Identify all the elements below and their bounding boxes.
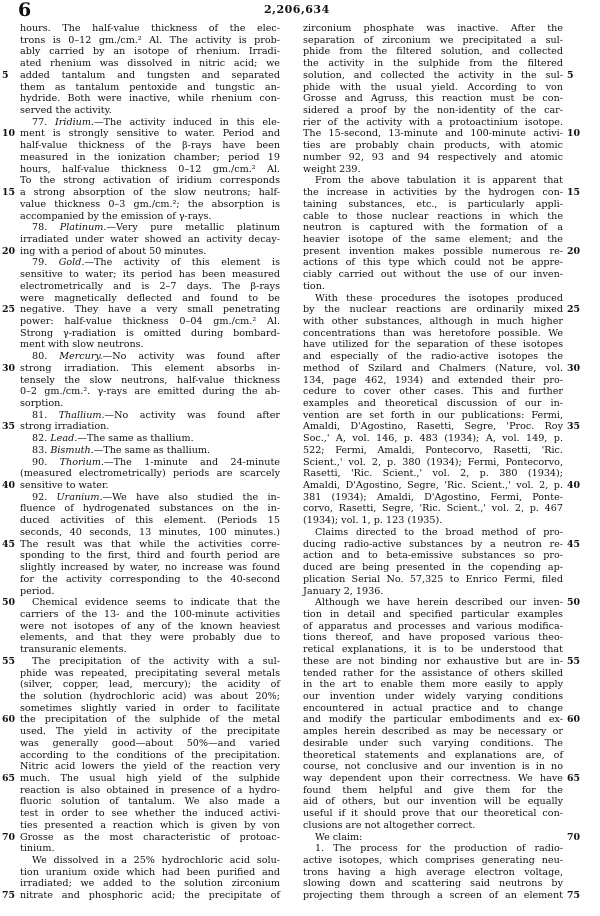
text-line: the solution (hydrochloric acid) was abo… (20, 691, 280, 703)
patent-page: 6 2,206,634 5101520253035404550556065707… (0, 0, 600, 916)
text-line: Claims directed to the broad method of p… (303, 527, 563, 539)
text-line: were not isotopes of any of the known he… (20, 621, 280, 633)
text-line: these are not binding nor exhaustive but… (303, 656, 563, 668)
text-line: Amaldi, D'Agostino, Rasetti, Segre, 'Pro… (303, 421, 563, 433)
element-name: Gold. (59, 257, 85, 268)
text-line: were magnetically deflected and found to… (20, 293, 280, 305)
text-line: With these procedures the isotopes produ… (303, 293, 563, 305)
text-line: tended rather for the assistance of othe… (303, 668, 563, 680)
text-line: duced are being presented in the copendi… (303, 562, 563, 574)
text-line: ment is strongly sensitive to water. Per… (20, 128, 280, 140)
text-line: ties are probably chain products, with a… (303, 140, 563, 152)
margin-line-number: 40 (567, 480, 580, 491)
text-line: From the above tabulation it is apparent… (303, 175, 563, 187)
text-line: ties presented a reaction which is given… (20, 820, 280, 832)
text-line: heavier isotope of the same element; and… (303, 234, 563, 246)
text-line: clusions are not altogether correct. (303, 820, 563, 832)
text-line: (1934); vol. 1, p. 123 (1935). (303, 515, 563, 527)
margin-line-number: 30 (2, 363, 15, 374)
text-line: aid of others, but our invention will be… (303, 796, 563, 808)
margin-line-number: 60 (567, 714, 580, 725)
text-line: cable to those nuclear reactions in whic… (303, 211, 563, 223)
margin-line-number: 20 (567, 246, 580, 257)
text-line: amples herein described as may be necess… (303, 726, 563, 738)
text-line: 134, page 462, 1934) and extended their … (303, 375, 563, 387)
text-line: served the activity. (20, 105, 280, 117)
text-line: Scient.,' vol. 2, p. 380 (1934); Fermi, … (303, 457, 563, 469)
margin-line-number: 45 (2, 539, 15, 550)
margin-line-number: 65 (2, 773, 15, 784)
text-line: carriers of the 13- and the 100-minute a… (20, 609, 280, 621)
text-line: strong irradiation. This element absorbs… (20, 363, 280, 375)
text-line: 522; Fermi, Amaldi, Pontecorvo, Rasetti,… (303, 445, 563, 457)
text-line: 1. The process for the production of rad… (303, 843, 563, 855)
element-name: Thallium. (59, 410, 105, 421)
element-name: Thorium. (60, 457, 104, 468)
text-line: desirable under such varying conditions.… (303, 738, 563, 750)
text-line: active isotopes, which comprises generat… (303, 855, 563, 867)
text-line: phide was repeated, precipitating severa… (20, 668, 280, 680)
text-line: retical explanations, it is to be unders… (303, 644, 563, 656)
text-line: The 15-second, 13-minute and 100-minute … (303, 128, 563, 140)
margin-line-number: 15 (567, 187, 580, 198)
text-line: irradiated; we added to the solution zir… (20, 878, 280, 890)
text-line: half-value thickness of the β-rays have … (20, 140, 280, 152)
text-line: our invention under widely varying condi… (303, 691, 563, 703)
text-line: 381 (1934); Amaldi, D'Agostino, Fermi, P… (303, 492, 563, 504)
text-line: encountered in actual practice and to ch… (303, 703, 563, 715)
text-line: ing with a period of about 50 minutes. (20, 246, 280, 258)
text-line: sponding to the first, third and fourth … (20, 550, 280, 562)
element-name: Platinum. (60, 222, 107, 233)
text-line: ciably carried out without the use of ou… (303, 269, 563, 281)
text-line: 0–2 gm./cm.². γ-rays are emitted during … (20, 386, 280, 398)
text-line: Grosse and Agruss, this reaction must be… (303, 93, 563, 105)
text-line: negative. They have a very small penetra… (20, 304, 280, 316)
text-line: rier of the activity with a protoactiniu… (303, 117, 563, 129)
text-line: measured in the ionization chamber; peri… (20, 152, 280, 164)
element-name: Iridium. (55, 117, 94, 128)
text-line: trons having a high average electron vol… (303, 867, 563, 879)
text-line: sorption. (20, 398, 280, 410)
text-line: ated rhenium was dissolved in nitric aci… (20, 58, 280, 70)
margin-line-number: 35 (2, 421, 15, 432)
text-line: fluence of hydrogenated substances on th… (20, 503, 280, 515)
text-line: vention are set forth in our publication… (303, 410, 563, 422)
page-number: 6 (18, 0, 31, 20)
text-line: for the activity corresponding to the 40… (20, 574, 280, 586)
text-line: separation of zirconium we precipitated … (303, 35, 563, 47)
text-line: corvo, Rasetti, Segre, 'Ric. Scient.,' v… (303, 503, 563, 515)
text-line: taining substances, etc., is particularl… (303, 199, 563, 211)
text-line: and modify the particular embodiments an… (303, 714, 563, 726)
margin-line-number: 25 (2, 304, 15, 315)
text-line: electrometrically and is 2–7 days. The β… (20, 281, 280, 293)
text-line: much. The usual high yield of the sulphi… (20, 773, 280, 785)
text-line: was generally good—about 50%—and varied (20, 738, 280, 750)
text-line: added tantalum and tungsten and separate… (20, 70, 280, 82)
text-line: ment with slow neutrons. (20, 339, 280, 351)
text-line: We claim: (303, 832, 563, 844)
text-line: 90. Thorium.—The 1-minute and 24-minute (20, 457, 280, 469)
margin-line-number: 20 (2, 246, 15, 257)
text-line: examples and theoretical discussion of o… (303, 398, 563, 410)
text-line: by the nuclear reactions are ordinarily … (303, 304, 563, 316)
margin-line-number: 65 (567, 773, 580, 784)
text-line: the activity in the sulphide from the fi… (303, 58, 563, 70)
text-line: 79. Gold.—The activity of this element i… (20, 257, 280, 269)
margin-line-number: 70 (2, 832, 15, 843)
element-name: Bismuth. (50, 445, 93, 456)
margin-line-number: 35 (567, 421, 580, 432)
text-line: used. The yield in activity of the preci… (20, 726, 280, 738)
text-line: test in order to see whether the induced… (20, 808, 280, 820)
text-line: them as tantalum pentoxide and tungstic … (20, 82, 280, 94)
text-line: the increase in activities by the hydrog… (303, 187, 563, 199)
text-line: neutron is captured with the formation o… (303, 222, 563, 234)
text-line: Soc.,' A, vol. 146, p. 483 (1934); A, vo… (303, 433, 563, 445)
text-line: The result was that while the activities… (20, 539, 280, 551)
text-line: power: half-value thickness 0–04 gm./cm.… (20, 316, 280, 328)
text-line: irradiated under water showed an activit… (20, 234, 280, 246)
margin-line-number: 75 (567, 890, 580, 901)
text-line: according to the conditions of the preci… (20, 750, 280, 762)
text-line: have utilized for the separation of thes… (303, 339, 563, 351)
text-line: 82. Lead.—The same as thallium. (20, 433, 280, 445)
text-line: theoretical statements and explanations … (303, 750, 563, 762)
text-line: a strong absorption of the slow neutrons… (20, 187, 280, 199)
element-name: Mercury. (59, 351, 102, 362)
text-line: hours, half-value thickness 0–12 gm./cm.… (20, 164, 280, 176)
text-line: hours. The half-value thickness of the e… (20, 23, 280, 35)
text-line: the precipitation of the sulphide of the… (20, 714, 280, 726)
text-line: value thickness 0–3 gm./cm.²; the absorp… (20, 199, 280, 211)
text-line: 78. Platinum.—Very pure metallic platinu… (20, 222, 280, 234)
text-line: action and to beta-emissive substances s… (303, 550, 563, 562)
text-line: and especially of the radio-active isoto… (303, 351, 563, 363)
text-line: 81. Thallium.—No activity was found afte… (20, 410, 280, 422)
text-line: tion uranium oxide which had been purifi… (20, 867, 280, 879)
text-line: solution, and collected the activity in … (303, 70, 563, 82)
text-line: (measured electrometrically) periods are… (20, 468, 280, 480)
margin-line-number: 45 (567, 539, 580, 550)
element-name: Uranium. (57, 492, 103, 503)
text-line: tinium. (20, 843, 280, 855)
text-line: 92. Uranium.—We have also studied the in… (20, 492, 280, 504)
text-line: seconds, 40 seconds, 13 minutes, 100 min… (20, 527, 280, 539)
text-line: Grosse as the most characteristic of pro… (20, 832, 280, 844)
text-line: period. (20, 586, 280, 598)
text-line: tensely the slow neutrons, half-value th… (20, 375, 280, 387)
text-line: trons is 0–12 gm./cm.² Al. The activity … (20, 35, 280, 47)
text-line: fluoric solution of tantalum. We also ma… (20, 796, 280, 808)
text-line: January 2, 1936. (303, 586, 563, 598)
margin-line-number: 50 (2, 597, 15, 608)
margin-line-number: 25 (567, 304, 580, 315)
text-line: sidered a proof by the non-identity of t… (303, 105, 563, 117)
text-line: 83. Bismuth.—The same as thallium. (20, 445, 280, 457)
text-line: Amaldi, D'Agostino, Segre, 'Ric. Scient.… (303, 480, 563, 492)
text-line: slowing down and scattering said neutron… (303, 878, 563, 890)
element-name: Lead. (50, 433, 77, 444)
margin-line-number: 55 (2, 656, 15, 667)
text-line: plication Serial No. 57,325 to Enrico Fe… (303, 574, 563, 586)
text-line: sometimes slightly varied in order to fa… (20, 703, 280, 715)
text-line: weight 239. (303, 164, 563, 176)
text-line: tion. (303, 281, 563, 293)
text-line: method of Szilard and Chalmers (Nature, … (303, 363, 563, 375)
text-line: in the art to enable them more easily to… (303, 679, 563, 691)
text-line: slightly increased by water, no increase… (20, 562, 280, 574)
text-line: hydride. Both were inactive, while rheni… (20, 93, 280, 105)
text-line: found them helpful and give them for the (303, 785, 563, 797)
text-line: To the strong activation of iridium corr… (20, 175, 280, 187)
text-line: useful if it should prove that our theor… (303, 808, 563, 820)
text-line: sensitive to water; its period has been … (20, 269, 280, 281)
text-line: tion in detail and specified particular … (303, 609, 563, 621)
text-line: of apparatus and processes and various m… (303, 621, 563, 633)
text-line: 77. Iridium.—The activity induced in thi… (20, 117, 280, 129)
text-line: accompanied by the emission of γ-rays. (20, 211, 280, 223)
margin-line-number: 55 (567, 656, 580, 667)
text-line: course, not conclusive and our invention… (303, 761, 563, 773)
margin-line-number: 30 (567, 363, 580, 374)
text-line: ducing radio-active substances by a neut… (303, 539, 563, 551)
margin-line-number: 50 (567, 597, 580, 608)
text-line: concentrations than was heretofore possi… (303, 328, 563, 340)
margin-line-number: 5 (2, 70, 9, 81)
text-line: cedure to cover other cases. This and fu… (303, 386, 563, 398)
margin-line-number: 10 (567, 128, 580, 139)
text-line: actions of this type which could not be … (303, 257, 563, 269)
margin-line-number: 10 (2, 128, 15, 139)
text-line: number 92, 93 and 94 respectively and at… (303, 152, 563, 164)
text-line: Nitric acid lowers the yield of the reac… (20, 761, 280, 773)
right-column-text: zirconium phosphate was inactive. After … (303, 23, 563, 902)
text-line: way dependent upon their correctness. We… (303, 773, 563, 785)
text-line: Strong γ-radiation is omitted during bom… (20, 328, 280, 340)
text-line: with other substances, although in much … (303, 316, 563, 328)
text-line: tions thereof, and have proposed various… (303, 632, 563, 644)
margin-line-number: 15 (2, 187, 15, 198)
text-line: sensitive to water. (20, 480, 280, 492)
margin-line-number: 70 (567, 832, 580, 843)
text-line: phide from the filtered solution, and co… (303, 46, 563, 58)
margin-line-number: 60 (2, 714, 15, 725)
text-line: elements, and that they were probably du… (20, 632, 280, 644)
text-line: transuranic elements. (20, 644, 280, 656)
text-line: The precipitation of the activity with a… (20, 656, 280, 668)
text-line: strong irradiation. (20, 421, 280, 433)
text-line: reaction is also obtained in presence of… (20, 785, 280, 797)
text-line: phide with the usual yield. According to… (303, 82, 563, 94)
text-line: 80. Mercury.—No activity was found after (20, 351, 280, 363)
text-line: Although we have herein described our in… (303, 597, 563, 609)
margin-line-number: 40 (2, 480, 15, 491)
text-line: projecting them through a screen of an e… (303, 890, 563, 902)
text-line: present invention makes possible numerou… (303, 246, 563, 258)
left-column-text: hours. The half-value thickness of the e… (20, 23, 280, 902)
text-line: We dissolved in a 25% hydrochloric acid … (20, 855, 280, 867)
text-line: Rasetti, 'Ric. Scient.,' vol. 2, p. 380 … (303, 468, 563, 480)
text-line: duced activities of this element. (Perio… (20, 515, 280, 527)
page-header: 6 2,206,634 (0, 0, 600, 22)
text-line: (silver, copper, lead, mercury); the aci… (20, 679, 280, 691)
patent-number: 2,206,634 (264, 3, 330, 16)
text-line: ably carried by an isotope of rhenium. I… (20, 46, 280, 58)
text-line: Chemical evidence seems to indicate that… (20, 597, 280, 609)
margin-line-number: 5 (567, 70, 574, 81)
margin-line-number: 75 (2, 890, 15, 901)
text-line: nitrate and phosphoric acid; the precipi… (20, 890, 280, 902)
text-line: zirconium phosphate was inactive. After … (303, 23, 563, 35)
